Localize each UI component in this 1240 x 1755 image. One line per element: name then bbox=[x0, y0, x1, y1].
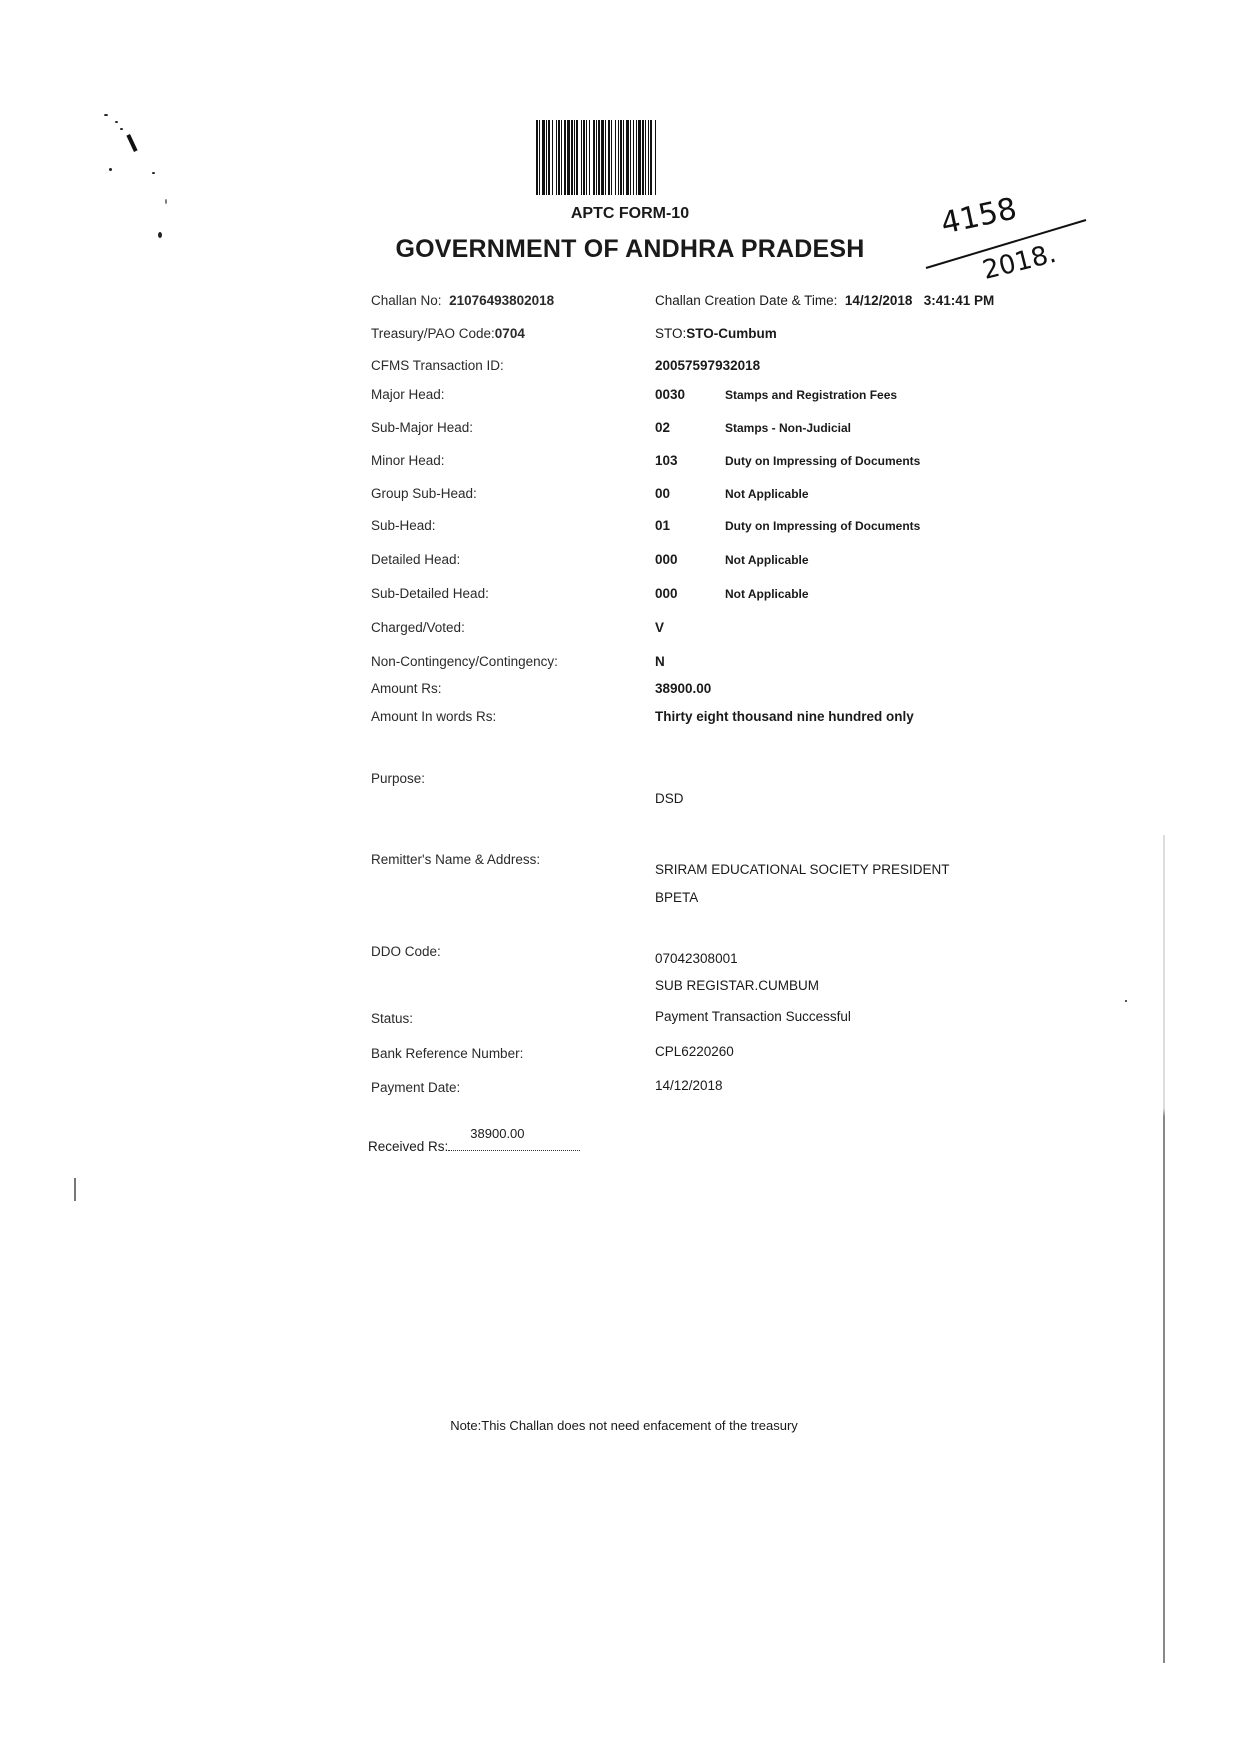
amount-words-value: Thirty eight thousand nine hundred only bbox=[655, 709, 914, 724]
amount-row: Amount Rs: 38900.00 bbox=[371, 681, 1071, 703]
head-code: 01 bbox=[655, 518, 670, 533]
margin-line bbox=[1163, 835, 1165, 1663]
status-row: Status: Payment Transaction Successful bbox=[371, 1011, 1071, 1033]
head-row: Sub-Head:01Duty on Impressing of Documen… bbox=[371, 518, 1071, 540]
scan-speck bbox=[115, 121, 118, 123]
amount-value: 38900.00 bbox=[655, 681, 711, 696]
head-code: 00 bbox=[655, 486, 670, 501]
scan-speck bbox=[120, 128, 123, 130]
received-line: Received Rs:38900.00 bbox=[368, 1138, 580, 1154]
head-code: 103 bbox=[655, 453, 678, 468]
challan-no-row: Challan No: 21076493802018 Challan Creat… bbox=[371, 293, 1071, 315]
challan-no-label: Challan No: bbox=[371, 293, 442, 308]
creation-time: 3:41:41 PM bbox=[924, 293, 995, 308]
sto-value: STO-Cumbum bbox=[686, 326, 777, 341]
head-label: Sub-Detailed Head: bbox=[371, 586, 489, 601]
amount-words-label: Amount In words Rs: bbox=[371, 709, 496, 724]
scan-speck bbox=[152, 172, 155, 174]
head-description: Duty on Impressing of Documents bbox=[725, 454, 920, 468]
head-row: Detailed Head:000Not Applicable bbox=[371, 552, 1071, 574]
purpose-value: DSD bbox=[655, 791, 684, 806]
bank-ref-row: Bank Reference Number: CPL6220260 bbox=[371, 1046, 1071, 1068]
scan-speck bbox=[165, 199, 167, 204]
head-label: Sub-Major Head: bbox=[371, 420, 473, 435]
head-row: Major Head:0030Stamps and Registration F… bbox=[371, 387, 1071, 409]
head-row: Minor Head:103Duty on Impressing of Docu… bbox=[371, 453, 1071, 475]
head-label: Group Sub-Head: bbox=[371, 486, 477, 501]
ddo-row: DDO Code: 07042308001 SUB REGISTAR.CUMBU… bbox=[371, 944, 1071, 994]
status-label: Status: bbox=[371, 1011, 413, 1026]
head-label: Minor Head: bbox=[371, 453, 445, 468]
cfms-id: 20057597932018 bbox=[655, 358, 760, 373]
amount-label: Amount Rs: bbox=[371, 681, 442, 696]
ddo-code: 07042308001 bbox=[655, 951, 738, 966]
treasury-label: Treasury/PAO Code: bbox=[371, 326, 495, 341]
treasury-code: 0704 bbox=[495, 326, 525, 341]
treasury-row: Treasury/PAO Code:0704 STO:STO-Cumbum bbox=[371, 326, 1071, 348]
cfms-label: CFMS Transaction ID: bbox=[371, 358, 504, 373]
head-row: Sub-Detailed Head:000Not Applicable bbox=[371, 586, 1071, 608]
received-amount: 38900.00 bbox=[470, 1126, 524, 1141]
creation-label: Challan Creation Date & Time: bbox=[655, 293, 837, 308]
head-code: 000 bbox=[655, 586, 678, 601]
head-label: Major Head: bbox=[371, 387, 445, 402]
barcode bbox=[536, 120, 790, 195]
challan-no: 21076493802018 bbox=[449, 293, 554, 308]
head-description: Not Applicable bbox=[725, 487, 809, 501]
head-label: Detailed Head: bbox=[371, 552, 460, 567]
head-description: Not Applicable bbox=[725, 553, 809, 567]
bank-ref-value: CPL6220260 bbox=[655, 1044, 734, 1059]
sto-label: STO: bbox=[655, 326, 686, 341]
purpose-row: Purpose: DSD bbox=[371, 771, 1071, 793]
head-code: 02 bbox=[655, 420, 670, 435]
head-description: Not Applicable bbox=[725, 587, 809, 601]
payment-date-value: 14/12/2018 bbox=[655, 1078, 723, 1093]
head-label: Sub-Head: bbox=[371, 518, 436, 533]
head-code: 0030 bbox=[655, 387, 685, 402]
scan-speck bbox=[104, 114, 108, 116]
remitter-name: SRIRAM EDUCATIONAL SOCIETY PRESIDENT bbox=[655, 862, 950, 877]
scan-speck bbox=[1125, 1000, 1127, 1002]
head-description: Duty on Impressing of Documents bbox=[725, 519, 920, 533]
scan-mark bbox=[126, 134, 137, 152]
bank-ref-label: Bank Reference Number: bbox=[371, 1046, 523, 1061]
handwritten-denominator: 2018. bbox=[980, 239, 1059, 282]
head-row: Group Sub-Head:00Not Applicable bbox=[371, 486, 1071, 508]
remitter-address: BPETA bbox=[655, 890, 698, 905]
scan-speck bbox=[109, 168, 112, 171]
contingency-value: N bbox=[655, 654, 665, 669]
received-label: Received Rs: bbox=[368, 1139, 448, 1154]
head-row: Sub-Major Head:02Stamps - Non-Judicial bbox=[371, 420, 1071, 442]
handwritten-numerator: 4158 bbox=[938, 191, 1020, 241]
charged-voted-label: Charged/Voted: bbox=[371, 620, 465, 635]
ddo-name: SUB REGISTAR.CUMBUM bbox=[655, 978, 819, 993]
status-value: Payment Transaction Successful bbox=[655, 1009, 851, 1024]
payment-date-label: Payment Date: bbox=[371, 1080, 460, 1095]
payment-date-row: Payment Date: 14/12/2018 bbox=[371, 1080, 1071, 1102]
handwritten-note: 4158 2018. bbox=[918, 182, 1098, 282]
creation-date: 14/12/2018 bbox=[845, 293, 913, 308]
margin-line bbox=[74, 1178, 76, 1201]
cfms-row: CFMS Transaction ID: 20057597932018 bbox=[371, 358, 1071, 380]
head-description: Stamps and Registration Fees bbox=[725, 388, 897, 402]
contingency-label: Non-Contingency/Contingency: bbox=[371, 654, 558, 669]
charged-voted-row: Charged/Voted: V bbox=[371, 620, 1071, 642]
footer-note: Note:This Challan does not need enfaceme… bbox=[0, 1418, 1240, 1433]
charged-voted-value: V bbox=[655, 620, 664, 635]
amount-words-row: Amount In words Rs: Thirty eight thousan… bbox=[371, 709, 1071, 731]
remitter-row: Remitter's Name & Address: SRIRAM EDUCAT… bbox=[371, 852, 1071, 912]
remitter-label: Remitter's Name & Address: bbox=[371, 852, 540, 867]
head-code: 000 bbox=[655, 552, 678, 567]
head-description: Stamps - Non-Judicial bbox=[725, 421, 851, 435]
purpose-label: Purpose: bbox=[371, 771, 425, 786]
ddo-label: DDO Code: bbox=[371, 944, 441, 959]
contingency-row: Non-Contingency/Contingency: N bbox=[371, 654, 1071, 676]
